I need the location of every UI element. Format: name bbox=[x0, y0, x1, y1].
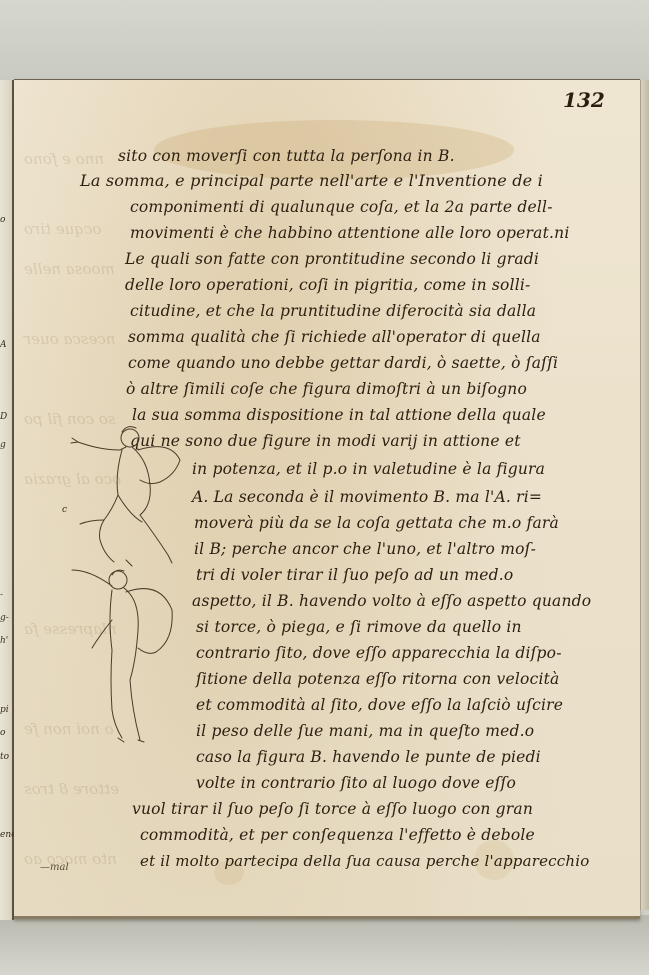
text-line: ò altre ſimili coſe che figura dimoſtri … bbox=[126, 380, 527, 398]
margin-fragment: - bbox=[0, 590, 3, 600]
margin-fragment: g- bbox=[0, 613, 9, 623]
text-line: somma qualità che ſi richiede all'operat… bbox=[128, 328, 541, 346]
text-line: componimenti di qualunque coſa, et la 2a… bbox=[130, 198, 553, 216]
figure-label-c: c bbox=[62, 505, 67, 515]
text-line: A. La seconda è il movimento B. ma l'A. … bbox=[192, 488, 542, 506]
text-line: tri di voler tirar il ſuo peſo ad un med… bbox=[196, 566, 513, 584]
text-line: il B; perche ancor che l'uno, et l'altro… bbox=[194, 540, 536, 558]
text-line: La somma, e principal parte nell'arte e … bbox=[80, 171, 543, 190]
margin-fragment: h' bbox=[0, 636, 8, 646]
text-line: commodità, et per conſequenza l'effetto … bbox=[140, 826, 535, 844]
margin-fragment: g bbox=[0, 440, 6, 450]
page-fore-edge bbox=[640, 80, 649, 910]
text-line: citudine, et che la pruntitudine diferoc… bbox=[130, 302, 536, 320]
margin-fragment: o bbox=[0, 215, 5, 225]
margin-fragment: pi bbox=[0, 705, 9, 715]
text-line: sito con moverſi con tutta la perſona in… bbox=[118, 147, 455, 165]
text-line: delle loro operationi, coſi in pigritia,… bbox=[125, 276, 530, 294]
scan-background-bottom bbox=[0, 915, 649, 975]
scan-background-top bbox=[0, 0, 649, 80]
adjacent-page-edge bbox=[0, 80, 14, 920]
text-line: contrario ſito, dove eſſo apparecchia la… bbox=[196, 644, 562, 662]
text-line: il peso delle ſue mani, ma in queſto med… bbox=[196, 722, 534, 740]
margin-fragment: to bbox=[0, 752, 9, 762]
figure-sketch: c bbox=[60, 420, 200, 760]
bottom-note: —mal bbox=[40, 862, 69, 873]
margin-fragment: D bbox=[0, 412, 7, 422]
margin-fragment: A bbox=[0, 340, 7, 350]
text-line: aspetto, il B. havendo volto à eſſo aspe… bbox=[192, 592, 591, 610]
text-line: come quando uno debbe gettar dardi, ò sa… bbox=[128, 354, 558, 372]
text-line: volte in contrario ſito al luogo dove eſ… bbox=[196, 774, 516, 792]
text-line: movimenti è che habbino attentione alle … bbox=[130, 224, 569, 242]
margin-fragment: o bbox=[0, 728, 5, 738]
text-line: si torce, ò piega, e ſi rimove da quello… bbox=[196, 618, 522, 636]
text-line: vuol tirar il ſuo peſo ſi torce à eſſo l… bbox=[132, 800, 533, 818]
text-line: ſitione della potenza eſſo ritorna con v… bbox=[196, 670, 560, 688]
text-line: in potenza, et il p.o in valetudine è la… bbox=[192, 460, 545, 478]
folio-number: 132 bbox=[563, 88, 605, 112]
text-line: et il molto partecipa della ſua causa pe… bbox=[140, 852, 589, 870]
text-line: Le quali son fatte con prontitudine seco… bbox=[125, 250, 539, 268]
text-line: moverà più da se la coſa gettata che m.o… bbox=[194, 514, 559, 532]
text-line: caso la figura B. havendo le punte de pi… bbox=[196, 748, 541, 766]
text-line: et commodità al ſito, dove eſſo la laſci… bbox=[196, 696, 563, 714]
